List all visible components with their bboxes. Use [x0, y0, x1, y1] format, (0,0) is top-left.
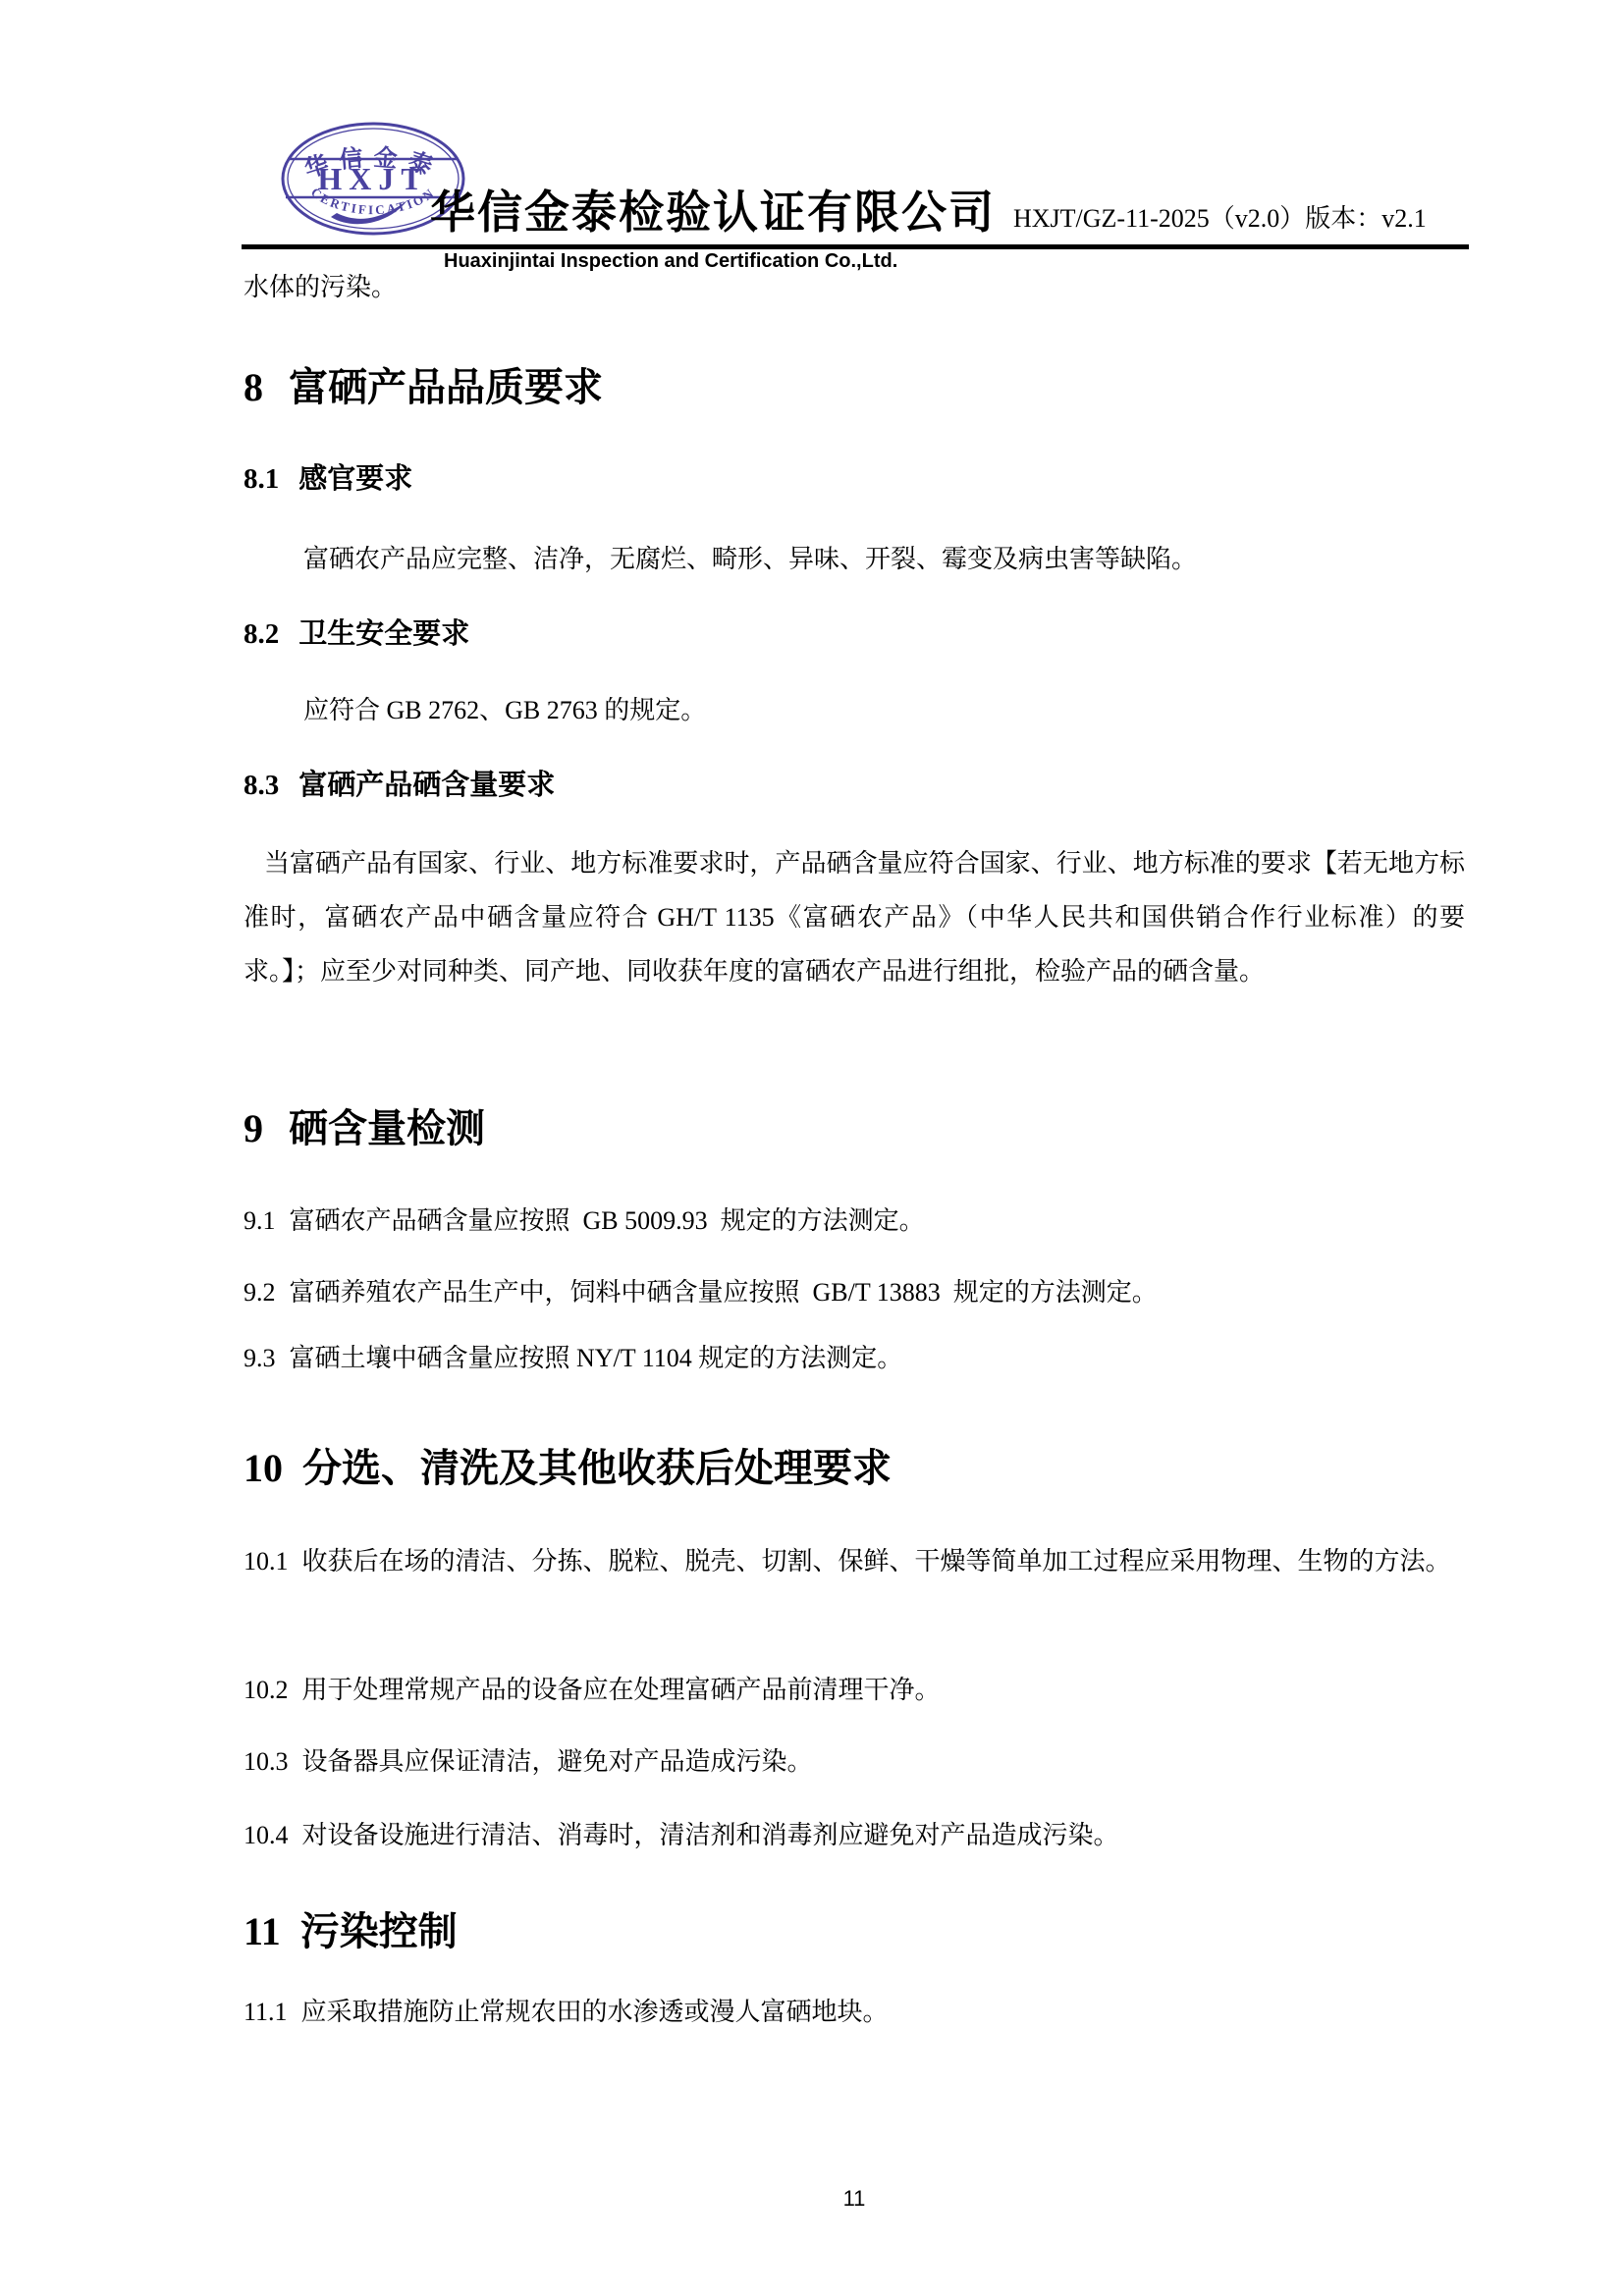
section-8-heading: 8富硒产品品质要求	[244, 365, 1465, 410]
clause-number: 10.2	[244, 1676, 289, 1704]
clause-number: 9.3	[244, 1344, 276, 1372]
clause-10-4: 10.4对设备设施进行清洁、消毒时，清洁剂和消毒剂应避免对产品造成污染。	[244, 1821, 1465, 1850]
section-number: 11	[244, 1909, 281, 1953]
clause-11-1: 11.1应采取措施防止常规农田的水渗透或漫人富硒地块。	[244, 1998, 1465, 2027]
clause-text: 对设备设施进行清洁、消毒时，清洁剂和消毒剂应避免对产品造成污染。	[302, 1821, 1119, 1849]
company-name-en: Huaxinjintai Inspection and Certificatio…	[444, 249, 897, 273]
clause-9-1: 9.1富硒农产品硒含量应按照 GB 5009.93 规定的方法测定。	[244, 1206, 1465, 1236]
subsection-title: 卫生安全要求	[298, 618, 469, 650]
clause-9-2: 9.2富硒养殖农产品生产中，饲料中硒含量应按照 GB/T 13883 规定的方法…	[244, 1278, 1465, 1308]
section-title: 硒含量检测	[289, 1106, 485, 1150]
clause-number: 10.3	[244, 1747, 289, 1776]
clause-10-2: 10.2用于处理常规产品的设备应在处理富硒产品前清理干净。	[244, 1676, 1465, 1705]
section-8-1-paragraph: 富硒农产品应完整、洁净，无腐烂、畸形、异味、开裂、霉变及病虫害等缺陷。	[244, 545, 1465, 574]
section-8-2-heading: 8.2卫生安全要求	[244, 617, 1465, 651]
clause-text: 用于处理常规产品的设备应在处理富硒产品前清理干净。	[302, 1676, 941, 1704]
clause-number: 10.1	[244, 1547, 289, 1575]
carryover-paragraph: 水体的污染。	[244, 273, 1465, 302]
clause-number: 10.4	[244, 1821, 289, 1849]
doc-code: HXJT/GZ-11-2025（v2.0）版本：v2.1	[1013, 204, 1427, 234]
section-number: 9	[244, 1106, 263, 1150]
subsection-title: 富硒产品硒含量要求	[298, 770, 555, 801]
section-8-2-paragraph: 应符合 GB 2762、GB 2763 的规定。	[244, 696, 1465, 725]
subsection-number: 8.1	[244, 463, 279, 495]
section-8-3-paragraph: 当富硒产品有国家、行业、地方标准要求时，产品硒含量应符合国家、行业、地方标准的要…	[244, 836, 1465, 998]
clause-text: 收获后在场的清洁、分拣、脱粒、脱壳、切割、保鲜、干燥等简单加工过程应采用物理、生…	[302, 1547, 1451, 1575]
section-8-1-heading: 8.1感官要求	[244, 462, 1465, 496]
subsection-number: 8.2	[244, 618, 279, 650]
clause-text: 富硒养殖农产品生产中，饲料中硒含量应按照 GB/T 13883 规定的方法测定。	[290, 1278, 1158, 1307]
section-title: 分选、清洗及其他收获后处理要求	[302, 1446, 892, 1490]
subsection-title: 感官要求	[298, 463, 412, 495]
clause-text: 应采取措施防止常规农田的水渗透或漫人富硒地块。	[301, 1998, 889, 2026]
clause-number: 11.1	[244, 1998, 288, 2026]
section-title: 富硒产品品质要求	[289, 365, 603, 409]
clause-10-3: 10.3设备器具应保证清洁，避免对产品造成污染。	[244, 1747, 1465, 1777]
clause-number: 9.2	[244, 1278, 276, 1307]
clause-10-1: 10.1收获后在场的清洁、分拣、脱粒、脱壳、切割、保鲜、干燥等简单加工过程应采用…	[244, 1534, 1465, 1588]
section-11-heading: 11污染控制	[244, 1909, 1465, 1954]
section-8-3-heading: 8.3富硒产品硒含量要求	[244, 769, 1465, 802]
clause-number: 9.1	[244, 1206, 276, 1235]
company-name-zh: 华信金泰检验认证有限公司	[430, 188, 996, 238]
clause-text: 富硒农产品硒含量应按照 GB 5009.93 规定的方法测定。	[290, 1206, 925, 1235]
subsection-number: 8.3	[244, 770, 279, 801]
section-9-heading: 9硒含量检测	[244, 1106, 1465, 1151]
clause-text: 富硒土壤中硒含量应按照 NY/T 1104 规定的方法测定。	[290, 1344, 903, 1372]
page-number: 11	[244, 2185, 1465, 2213]
section-title: 污染控制	[300, 1909, 458, 1953]
logo-initials: HXJT	[317, 161, 428, 196]
section-10-heading: 10分选、清洗及其他收获后处理要求	[244, 1446, 1465, 1491]
section-number: 8	[244, 365, 263, 409]
clause-9-3: 9.3富硒土壤中硒含量应按照 NY/T 1104 规定的方法测定。	[244, 1344, 1465, 1373]
section-number: 10	[244, 1446, 283, 1490]
document-page: 华信金泰 HXJT CERTIFICATION 华信金泰检验认证有限公司 HXJ…	[0, 0, 1624, 2296]
clause-text: 设备器具应保证清洁，避免对产品造成污染。	[302, 1747, 813, 1776]
